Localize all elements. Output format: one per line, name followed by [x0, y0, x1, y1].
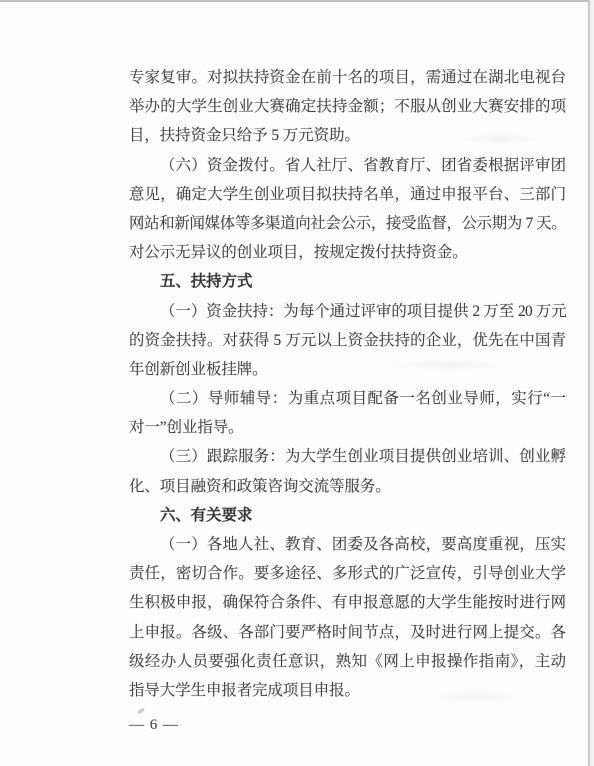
document-line: 指导大学生申报者完成项目申报。	[129, 676, 566, 705]
document-line: （三）跟踪服务：为大学生创业项目提供创业培训、创业孵	[129, 442, 566, 471]
document-line: （一）资金扶持：为每个通过评审的项目提供 2 万至 20 万元	[129, 297, 566, 326]
document-line: （六）资金拨付。省人社厅、省教育厅、团省委根据评审团	[129, 151, 566, 180]
document-line: 责任，密切合作。要多途径、多形式的广泛宣传，引导创业大学	[129, 559, 566, 588]
section-heading: 五、扶持方式	[129, 267, 566, 296]
document-line: 举办的大学生创业大赛确定扶持金额；不服从创业大赛安排的项	[129, 92, 566, 121]
page-number: — 6 —	[129, 712, 179, 738]
page-right-edge-shadow	[588, 0, 590, 766]
document-line: （一）各地人社、教育、团委及各高校，要高度重视，压实	[129, 530, 566, 559]
document-body: 专家复审。对拟扶持资金在前十名的项目，需通过在湖北电视台举办的大学生创业大赛确定…	[129, 63, 566, 705]
section-heading: 六、有关要求	[129, 501, 566, 530]
document-line: 级经办人员要强化责任意识，熟知《网上申报操作指南》，主动	[129, 647, 566, 676]
document-line: 的资金扶持。对获得 5 万元以上资金扶持的企业，优先在中国青	[129, 326, 566, 355]
document-line: 专家复审。对拟扶持资金在前十名的项目，需通过在湖北电视台	[129, 63, 566, 92]
document-line: 对公示无异议的创业项目，按规定拨付扶持资金。	[129, 238, 566, 267]
page-top-edge	[0, 0, 594, 2]
page-right-edge-strip	[590, 0, 594, 766]
document-line: 生积极申报，确保符合条件、有申报意愿的大学生能按时进行网	[129, 588, 566, 617]
document-line: （二）导师辅导：为重点项目配备一名创业导师，实行“一	[129, 384, 566, 413]
document-line: 网站和新闻媒体等多渠道向社会公示，接受监督，公示期为 7 天。	[129, 209, 566, 238]
document-line: 对一”创业指导。	[129, 413, 566, 442]
document-line: 上申报。各级、各部门要严格时间节点，及时进行网上提交。各	[129, 618, 566, 647]
document-line: 目，扶持资金只给予 5 万元资助。	[129, 121, 566, 150]
document-line: 意见，确定大学生创业项目拟扶持名单，通过申报平台、三部门	[129, 180, 566, 209]
document-line: 年创新创业板挂牌。	[129, 355, 566, 384]
document-line: 化、项目融资和政策咨询交流等服务。	[129, 472, 566, 501]
